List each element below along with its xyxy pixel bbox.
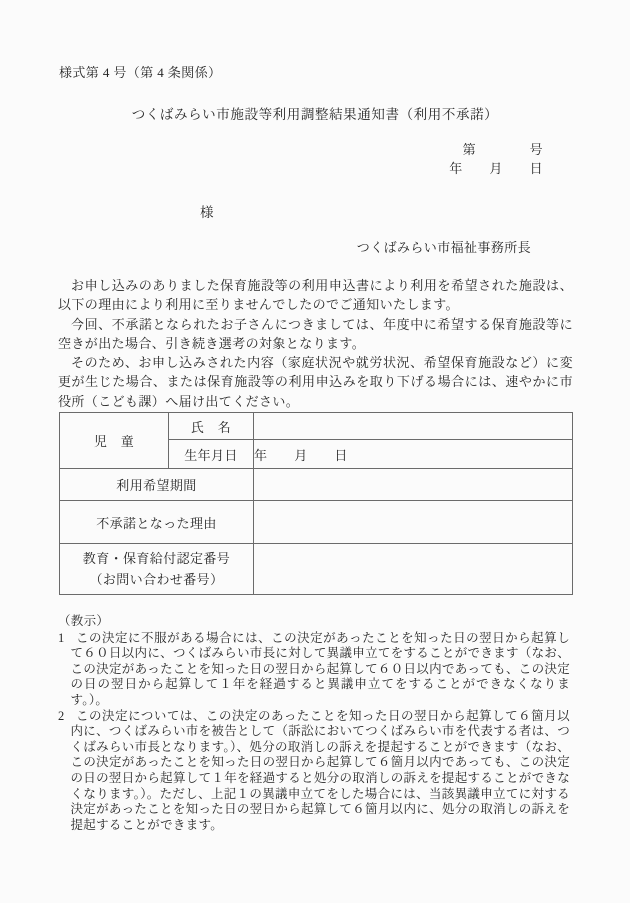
certification-number-value-cell	[254, 544, 573, 595]
legal-notes-section: （教示） 1この決定に不服がある場合には、この決定があったことを知った日の翌日か…	[58, 614, 570, 833]
certification-number-label-cell: 教育・保育給付認定番号 （お問い合わせ番号）	[60, 544, 254, 595]
birthdate-value-cell: 年 月 日	[254, 440, 573, 469]
rejection-reason-label-cell: 不承諾となった理由	[60, 501, 254, 544]
birthdate-label-cell: 生年月日	[169, 440, 254, 469]
document-page: 様式第 4 号（第 4 条関係） つくばみらい市施設等利用調整結果通知書（利用不…	[0, 0, 630, 903]
name-label-cell: 氏 名	[169, 413, 254, 440]
legal-notes-item-2: 2この決定については、この決定のあったことを知った日の翌日から起算して６箇月以内…	[58, 709, 570, 834]
child-label-cell: 児 童	[60, 413, 169, 469]
addressee-honorific: 様	[200, 201, 214, 221]
sender-title: つくばみらい市福祉事務所長	[357, 237, 531, 256]
table-row: 不承諾となった理由	[60, 501, 573, 544]
body-text: お申し込みのありました保育施設等の利用申込書により利用を希望された施設は、以下の…	[58, 276, 573, 411]
rejection-reason-value-cell	[254, 501, 573, 544]
desired-period-value-cell	[254, 469, 573, 501]
item-number: 1	[58, 631, 65, 645]
item-number: 2	[58, 709, 65, 723]
table-row: 児 童 氏 名	[60, 413, 573, 440]
legal-notes-heading: （教示）	[58, 614, 570, 630]
body-paragraph-2: 今回、不承諾となられたお子さんにつきましては、年度中に希望する保育施設等に空きが…	[58, 315, 573, 354]
item-text: この決定に不服がある場合には、この決定があったことを知った日の翌日から起算して６…	[71, 631, 571, 707]
document-number-line: 第 号	[449, 140, 543, 159]
desired-period-label-cell: 利用希望期間	[60, 469, 254, 501]
body-paragraph-3: そのため、お申し込みされた内容（家庭状況や就労状況、希望保育施設など）に変更が生…	[58, 353, 573, 411]
table-row: 教育・保育給付認定番号 （お問い合わせ番号）	[60, 544, 573, 595]
legal-notes-item-1: 1この決定に不服がある場合には、この決定があったことを知った日の翌日から起算して…	[58, 631, 570, 709]
document-date-line: 年 月 日	[449, 159, 543, 178]
form-number: 様式第 4 号（第 4 条関係）	[59, 62, 221, 81]
certification-number-label-line1: 教育・保育給付認定番号	[60, 548, 253, 569]
certification-number-label-line2: （お問い合わせ番号）	[60, 569, 253, 590]
body-paragraph-1: お申し込みのありました保育施設等の利用申込書により利用を希望された施設は、以下の…	[58, 276, 573, 315]
applicant-table: 児 童 氏 名 生年月日 年 月 日 利用希望期間 不承諾となった理由 教育・保…	[59, 412, 573, 595]
document-title: つくばみらい市施設等利用調整結果通知書（利用不承諾）	[0, 103, 630, 123]
item-text: この決定については、この決定のあったことを知った日の翌日から起算して６箇月以内に…	[71, 709, 571, 832]
table-row: 利用希望期間	[60, 469, 573, 501]
document-meta: 第 号 年 月 日	[449, 140, 543, 178]
name-value-cell	[254, 413, 573, 440]
